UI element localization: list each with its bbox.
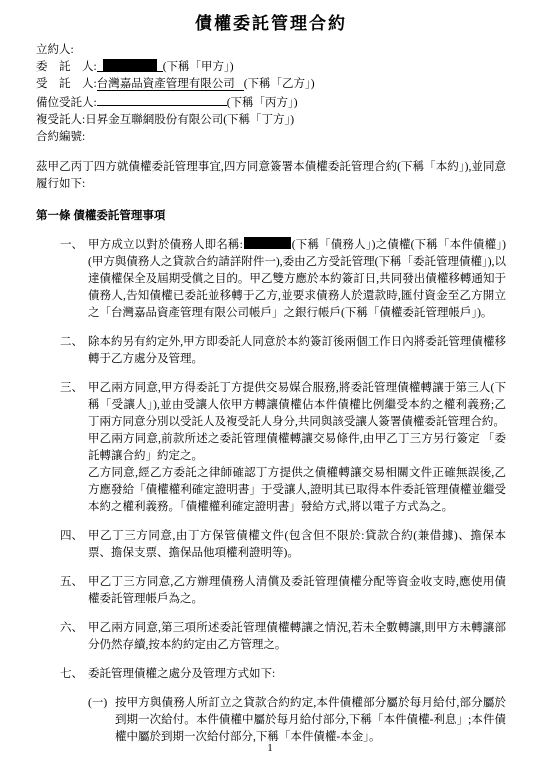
- contract-page: 債權委託管理合約 立約人: 委 託 人:(下稱「甲方」) 受 託 人:台灣嘉品資…: [0, 0, 540, 783]
- contract-number-label: 合約編號:: [36, 131, 85, 143]
- party-intro-label: 立約人:: [36, 44, 74, 56]
- page-number: 1: [0, 740, 540, 757]
- trustee-label: 受 託 人:: [36, 78, 97, 90]
- clause-2: 二、 除本約另有約定外,甲方即委託人同意於本約簽訂後兩個工作日內將委託管理債權移…: [36, 334, 506, 368]
- entrustor-name-field: [97, 59, 163, 72]
- clause-7-intro: 委託管理債權之處分及管理方式如下:: [88, 666, 506, 683]
- clause-1-text-after-redaction: (下稱「債務人」)之債權(下稱「本件債權」)(甲方與債務人之貸款合約請詳附件一)…: [88, 239, 506, 319]
- clause-6-number: 六、: [60, 620, 83, 637]
- clause-3-paragraph-3: 乙方同意,經乙方委託之律師確認丁方提供之債權轉讓交易相關文件正確無誤後,乙方應發…: [88, 465, 506, 516]
- document-title: 債權委託管理合約: [36, 12, 506, 36]
- clause-4-text: 甲乙丁三方同意,由丁方保管債權文件(包含但不限於:貸款合約(兼借據)、擔保本票、…: [88, 528, 506, 562]
- clause-6-text: 甲乙兩方同意,第三項所述委託管理債權轉讓之情況,若未全數轉讓,則甲方未轉讓部分仍…: [88, 620, 506, 654]
- clause-1: 一、 甲方成立以對於債務人即名稱:(下稱「債務人」)之債權(下稱「本件債權」)(…: [36, 237, 506, 322]
- clause-7-sub-1: (一) 按甲方與債務人所訂立之貸款合約約定,本件債權部分屬於每月給付,部分屬於到…: [88, 695, 506, 746]
- clause-4: 四、 甲乙丁三方同意,由丁方保管債權文件(包含但不限於:貸款合約(兼借據)、擔保…: [36, 528, 506, 562]
- sub-trustee-label: 複受託人:: [36, 114, 85, 126]
- backup-trustee-alias: (下稱「丙方」): [227, 97, 298, 109]
- party-sub-trustee-line: 複受託人:日昇金互聯網股份有限公司(下稱「丁方」): [36, 112, 506, 129]
- entrustor-label: 委 託 人:: [36, 61, 97, 73]
- redacted-debtor-name-box: [244, 237, 291, 249]
- article-1-heading: 第一條 債權委託管理事項: [36, 208, 506, 225]
- clause-3-text: 甲乙兩方同意,甲方得委託丁方提供交易媒合服務,將委託管理債權轉讓于第三人(下稱「…: [88, 380, 506, 516]
- party-entrustor-line: 委 託 人:(下稱「甲方」): [36, 59, 506, 76]
- party-intro-line: 立約人:: [36, 42, 506, 59]
- party-backup-trustee-line: 備位受託人:(下稱「丙方」): [36, 93, 506, 112]
- sub-trustee-name: 日昇金互聯網股份有限公司: [85, 114, 223, 126]
- sub-trustee-alias: (下稱「丁方」): [223, 114, 294, 126]
- trustee-name-underlined: 台灣嘉品資產管理有限公司: [97, 78, 244, 91]
- clause-1-text-before-redaction: 甲方成立以對於債務人即名稱:: [88, 239, 243, 251]
- clause-5-text: 甲乙丁三方同意,乙方辦理債務人清償及委託管理債權分配等資金收支時,應使用債權委託…: [88, 574, 506, 608]
- clause-3-paragraph-1: 甲乙兩方同意,甲方得委託丁方提供交易媒合服務,將委託管理債權轉讓于第三人(下稱「…: [88, 380, 506, 431]
- clause-7-text: 委託管理債權之處分及管理方式如下: (一) 按甲方與債務人所訂立之貸款合約約定,…: [88, 666, 506, 746]
- clause-3-paragraph-2: 甲乙兩方同意,前款所述之委託管理債權轉讓交易條件,由甲乙丁三方另行簽定 「委託轉…: [88, 431, 506, 465]
- clause-6: 六、 甲乙兩方同意,第三項所述委託管理債權轉讓之情況,若未全數轉讓,則甲方未轉讓…: [36, 620, 506, 654]
- clause-7-sub-1-text: 按甲方與債務人所訂立之貸款合約約定,本件債權部分屬於每月給付,部分屬於到期一次給…: [115, 695, 506, 746]
- contract-number-line: 合約編號:: [36, 129, 506, 146]
- clause-1-number: 一、: [60, 237, 83, 254]
- backup-trustee-label: 備位受託人:: [36, 97, 97, 109]
- clause-7-number: 七、: [60, 666, 83, 683]
- redacted-entrustor-name-box: [103, 59, 157, 71]
- clause-3: 三、 甲乙兩方同意,甲方得委託丁方提供交易媒合服務,將委託管理債權轉讓于第三人(…: [36, 380, 506, 516]
- clause-3-number: 三、: [60, 380, 83, 397]
- clause-1-text: 甲方成立以對於債務人即名稱:(下稱「債務人」)之債權(下稱「本件債權」)(甲方與…: [88, 237, 506, 322]
- backup-trustee-blank-field: [97, 93, 227, 106]
- clause-5-number: 五、: [60, 574, 83, 591]
- clause-2-number: 二、: [60, 334, 83, 351]
- clause-7: 七、 委託管理債權之處分及管理方式如下: (一) 按甲方與債務人所訂立之貸款合約…: [36, 666, 506, 746]
- trustee-alias: (下稱「乙方」): [244, 78, 315, 90]
- clause-4-number: 四、: [60, 528, 83, 545]
- clause-5: 五、 甲乙丁三方同意,乙方辦理債務人清償及委託管理債權分配等資金收支時,應使用債…: [36, 574, 506, 608]
- party-trustee-line: 受 託 人:台灣嘉品資產管理有限公司(下稱「乙方」): [36, 76, 506, 93]
- preamble-text: 茲甲乙丙丁四方就債權委託管理事宜,四方同意簽署本債權委託管理合約(下稱「本約」)…: [36, 159, 506, 193]
- clause-7-sub-1-number: (一): [88, 695, 107, 712]
- entrustor-alias: (下稱「甲方」): [163, 61, 234, 73]
- clause-2-text: 除本約另有約定外,甲方即委託人同意於本約簽訂後兩個工作日內將委託管理債權移轉于乙…: [88, 334, 506, 368]
